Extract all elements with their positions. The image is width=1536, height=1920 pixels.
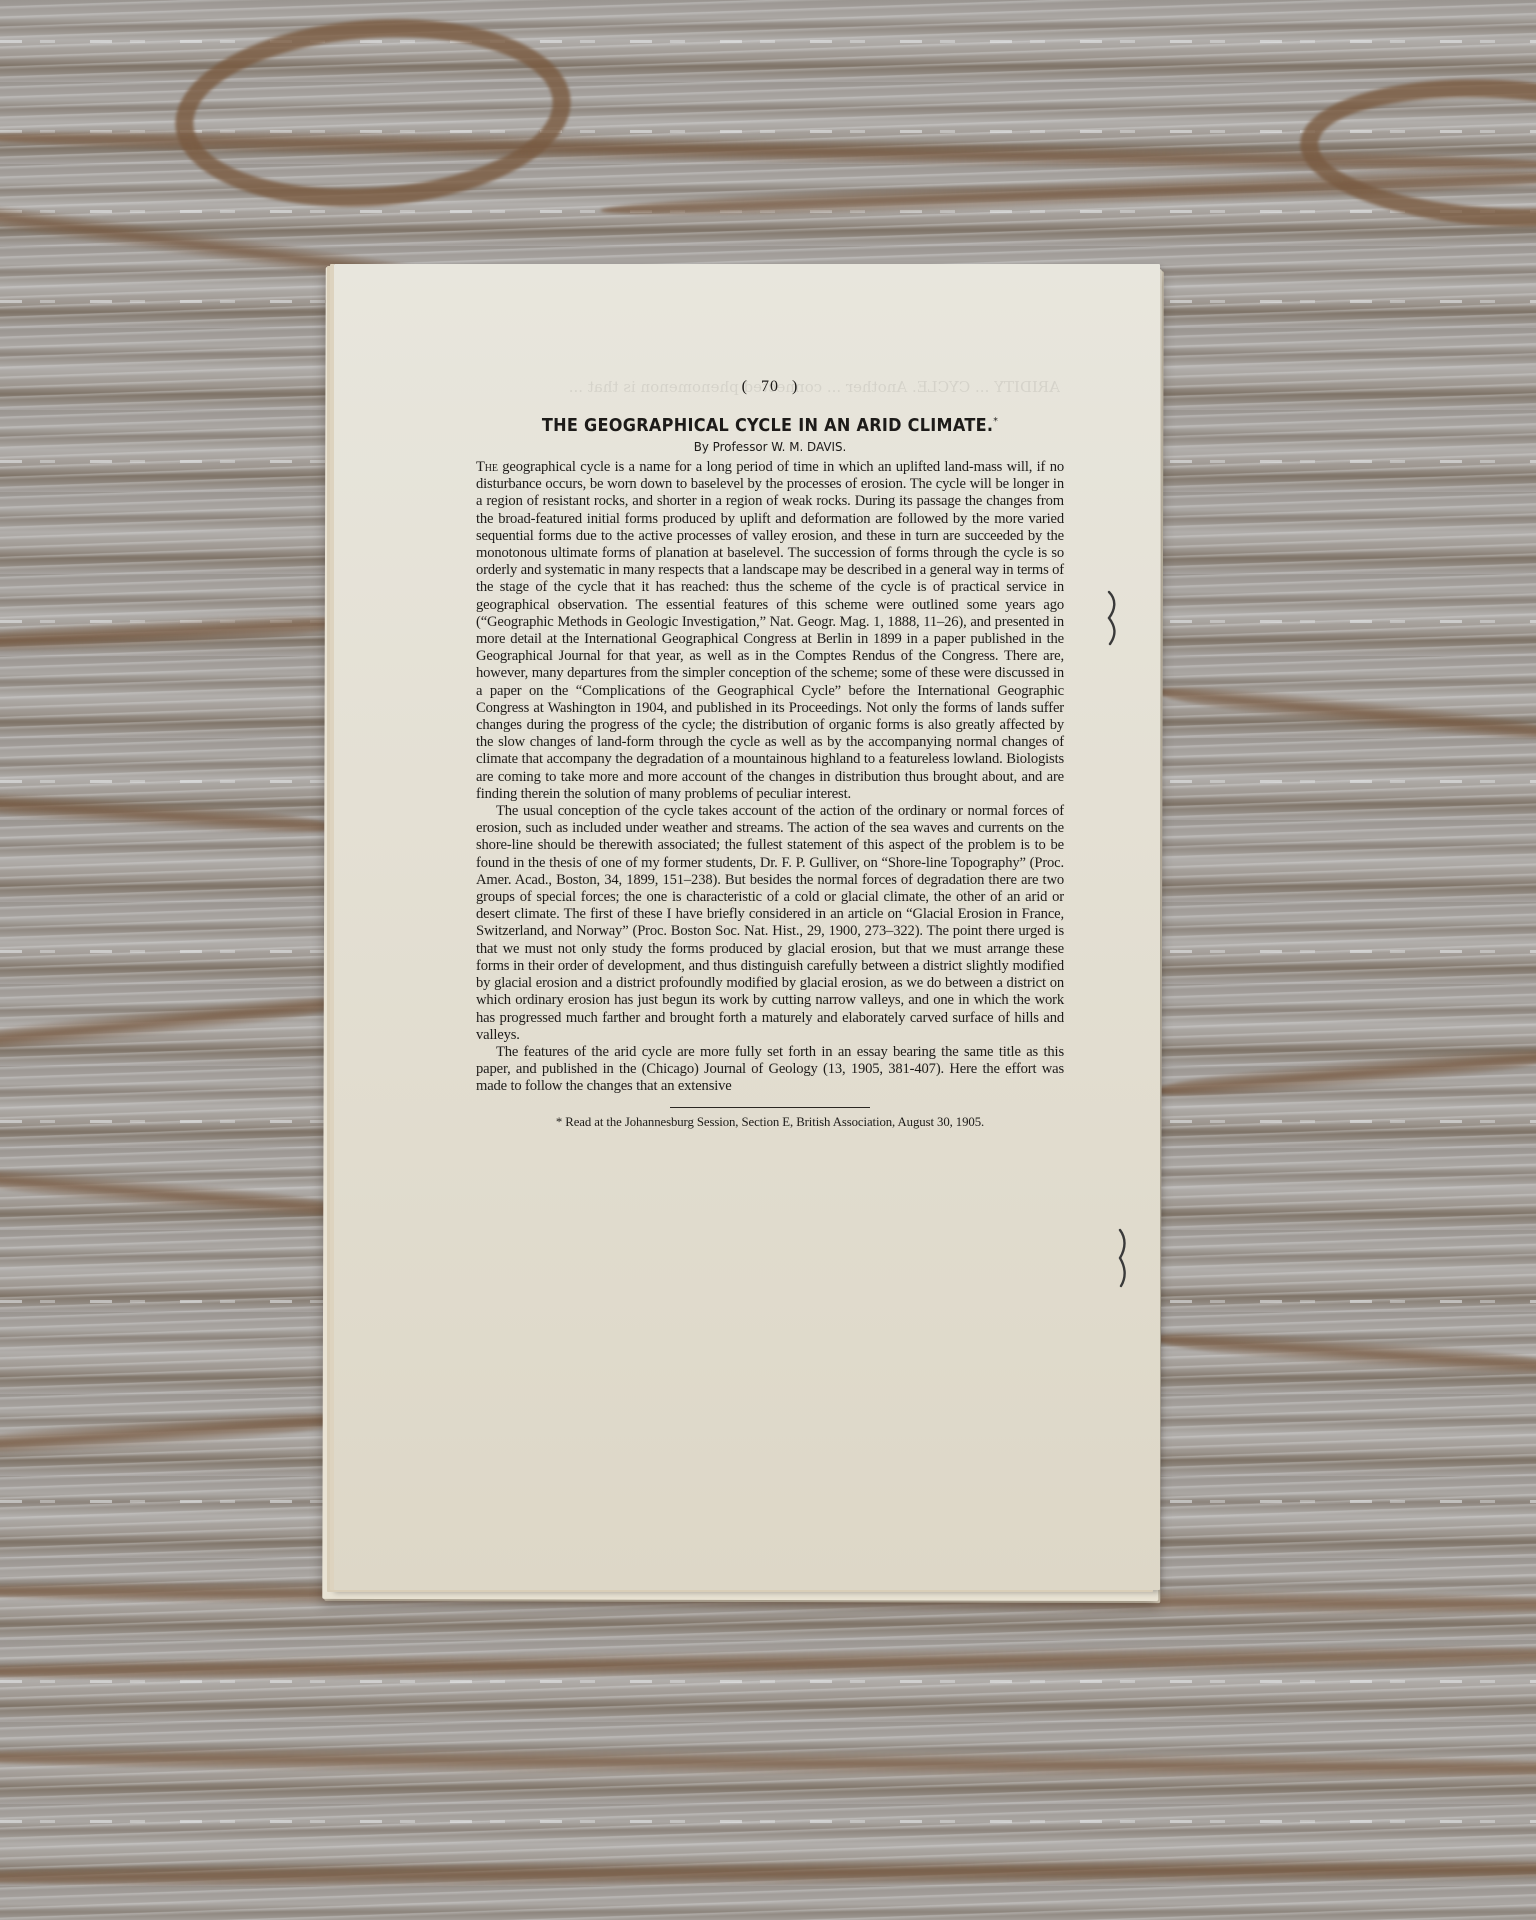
page-number: ( 70 ) [476,378,1064,396]
staple-top-icon [1105,590,1115,644]
footnote: * Read at the Johannesburg Session, Sect… [476,1114,1064,1130]
title-footnote-marker: * [993,416,998,427]
paragraph-3: The features of the arid cycle are more … [476,1044,1064,1096]
article-title: THE GEOGRAPHICAL CYCLE IN AN ARID CLIMAT… [500,410,1041,438]
author-byline: By Professor W. M. DAVIS. [491,438,1050,456]
paragraph-1-lead: The [476,459,498,475]
paragraph-1-text: geographical cycle is a name for a long … [476,459,1064,802]
printed-text-block: ( 70 ) THE GEOGRAPHICAL CYCLE IN AN ARID… [476,378,1064,1130]
paragraph-2: The usual conception of the cycle takes … [476,803,1064,1044]
paragraph-1: The geographical cycle is a name for a l… [476,459,1064,803]
footnote-divider [670,1107,870,1108]
staple-bottom-icon [1116,1228,1126,1282]
article-title-text: THE GEOGRAPHICAL CYCLE IN AN ARID CLIMAT… [542,416,993,436]
